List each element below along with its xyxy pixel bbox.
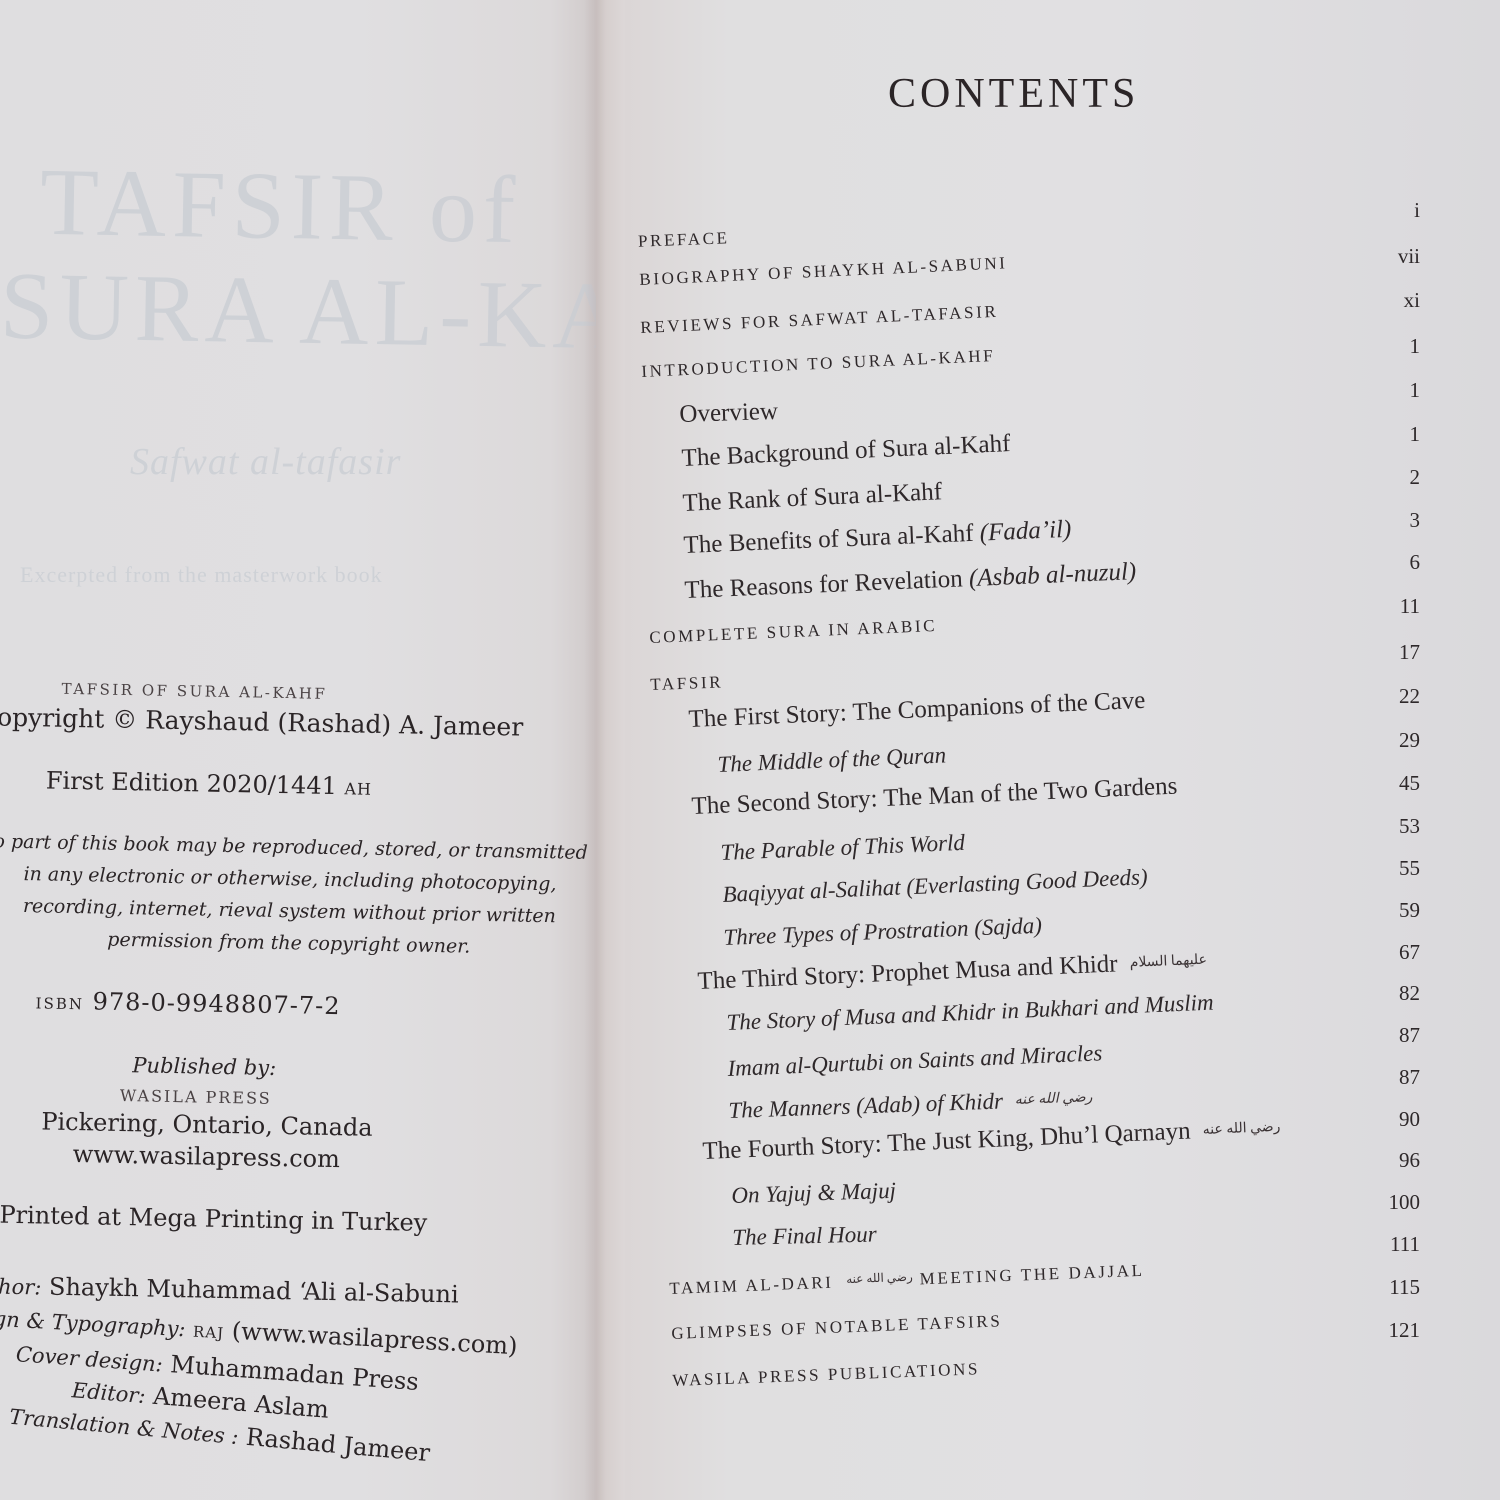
toc-page-number: 87 [1360, 1065, 1420, 1090]
show-through-title-line-2: SURA AL-KA [0, 250, 598, 372]
toc-entry-label-after: MEETING THE DAJJAL [919, 1261, 1145, 1289]
toc-entry-label: The Second Story: The Man of the Two Gar… [691, 773, 1178, 820]
toc-entry-introduction[interactable]: INTRODUCTION TO SURA AL-KAHF [641, 346, 996, 382]
toc-entry-qurtubi[interactable]: Imam al-Qurtubi on Saints and Miracles [727, 1040, 1103, 1082]
isbn-line: ISBN 978-0-9948807-7-2 [35, 986, 340, 1020]
toc-entry-label: The Parable of This World [720, 830, 965, 865]
toc-page-number: 90 [1360, 1107, 1420, 1132]
toc-entry-label: On Yajuj & Majuj [731, 1178, 896, 1208]
toc-entry-parable[interactable]: The Parable of This World [720, 830, 965, 866]
toc-page-number: 96 [1360, 1148, 1420, 1173]
toc-page-number: 1 [1360, 378, 1420, 403]
toc-entry-label: BIOGRAPHY OF SHAYKH AL-SABUNI [639, 253, 1008, 289]
isbn-label: ISBN [35, 994, 84, 1013]
publisher-url: www.wasilapress.com [72, 1140, 340, 1173]
open-book-spread: TAFSIR of SURA AL-KA Safwat al-tafasir E… [0, 0, 1500, 1500]
credits-list: uthor: Shaykh Muhammad ‘Ali al-Sabuni es… [0, 1270, 578, 1439]
toc-page-number: 45 [1360, 771, 1420, 796]
credit-author: uthor: Shaykh Muhammad ‘Ali al-Sabuni [0, 1270, 578, 1313]
toc-entry-complete-sura[interactable]: COMPLETE SURA IN ARABIC [649, 616, 938, 648]
toc-entry-label: The Story of Musa and Khidr in Bukhari a… [726, 990, 1214, 1035]
toc-entry-label: The Third Story: Prophet Musa and Khidr [697, 950, 1118, 995]
toc-entry-preface[interactable]: PREFACE [638, 228, 730, 252]
toc-page-number: 53 [1360, 814, 1420, 839]
credit-name: Shaykh Muhammad ‘Ali al-Sabuni [49, 1273, 459, 1309]
toc-page-number: 55 [1360, 856, 1420, 881]
toc-entry-overview[interactable]: Overview [679, 398, 778, 429]
toc-entry-label: The First Story: The Companions of the C… [688, 687, 1146, 733]
show-through-text: Excerpted from the masterwork book [20, 560, 383, 590]
copyright-page: TAFSIR of SURA AL-KA Safwat al-tafasir E… [0, 0, 598, 1500]
edition-text: First Edition 2020/1441 [46, 766, 338, 800]
show-through-subtitle: Safwat al-tafasir [130, 440, 401, 484]
toc-page-number: 3 [1360, 508, 1420, 533]
honorific-calligraphy-icon: رضي الله عنه [1014, 1089, 1092, 1109]
credit-name-prefix: RAJ [193, 1323, 225, 1343]
isbn-number: 978-0-9948807-7-2 [92, 987, 340, 1020]
show-through-title-line-1: TAFSIR of [39, 146, 522, 265]
toc-entry-label: Imam al-Qurtubi on Saints and Miracles [727, 1040, 1103, 1081]
toc-entry-reasons[interactable]: The Reasons for Revelation (Asbab al-nuz… [684, 558, 1137, 605]
toc-page-number: 67 [1360, 940, 1420, 965]
toc-entry-tafsir[interactable]: TAFSIR [650, 672, 723, 695]
toc-entry-label: Baqiyyat al-Salihat (Everlasting Good De… [722, 864, 1148, 907]
edition-line: First Edition 2020/1441 AH [46, 766, 373, 800]
printer-notice: Printed at Mega Printing in Turkey [0, 1201, 428, 1237]
toc-page-number: 17 [1360, 640, 1420, 665]
credit-role: esign & Typography: [0, 1305, 186, 1341]
toc-page-number: vii [1360, 244, 1420, 269]
toc-entry-rank[interactable]: The Rank of Sura al-Kahf [682, 478, 943, 518]
toc-page-number: i [1360, 198, 1420, 223]
toc-entry-glimpses[interactable]: GLIMPSES OF NOTABLE TAFSIRS [671, 1311, 1003, 1344]
toc-page-number: 82 [1360, 981, 1420, 1006]
colophon-book-title: TAFSIR OF SURA AL-KAHF [61, 680, 327, 703]
toc-entry-yajuj-majuj[interactable]: On Yajuj & Majuj [731, 1178, 896, 1209]
toc-entry-third-story[interactable]: The Third Story: Prophet Musa and Khidr … [697, 947, 1208, 996]
toc-entry-label: The Middle of the Quran [717, 742, 947, 777]
toc-page-number: 115 [1360, 1275, 1420, 1300]
published-by-label: Published by: [132, 1053, 276, 1080]
toc-entry-benefits[interactable]: The Benefits of Sura al-Kahf (Fada’il) [683, 516, 1072, 560]
toc-entry-reviews[interactable]: REVIEWS FOR SAFWAT AL-TAFASIR [640, 302, 999, 338]
toc-entry-tamim-al-dari[interactable]: TAMIM AL-DARI رضي الله عنه MEETING THE D… [669, 1261, 1145, 1299]
toc-entry-label-italic: (Fada’il) [979, 516, 1072, 547]
toc-entry-label: The Manners (Adab) of Khidr [728, 1088, 1003, 1123]
toc-entry-label: TAFSIR [650, 672, 723, 694]
toc-entry-wasila-publications[interactable]: WASILA PRESS PUBLICATIONS [672, 1359, 980, 1391]
toc-entry-label: PREFACE [638, 228, 730, 251]
toc-page-number: 100 [1360, 1190, 1420, 1215]
toc-entry-first-story[interactable]: The First Story: The Companions of the C… [688, 687, 1146, 734]
colophon: TAFSIR OF SURA AL-KAHF opyright © Raysha… [0, 670, 598, 682]
edition-suffix: AH [344, 779, 372, 799]
toc-page-number: 1 [1360, 334, 1420, 359]
toc-page-number: 29 [1360, 728, 1420, 753]
toc-page-number: 121 [1360, 1318, 1420, 1343]
toc-page-number: 111 [1360, 1232, 1420, 1257]
table-of-contents: i vii xi 1 1 1 2 3 6 11 17 22 29 45 53 5… [625, 0, 1500, 1500]
toc-entry-background[interactable]: The Background of Sura al-Kahf [681, 430, 1011, 473]
toc-entry-label: The Rank of Sura al-Kahf [682, 478, 943, 517]
toc-page-number: 2 [1360, 465, 1420, 490]
toc-page-number: 22 [1360, 684, 1420, 709]
copyright-notice: opyright © Rayshaud (Rashad) A. Jameer [0, 703, 523, 742]
toc-entry-final-hour[interactable]: The Final Hour [732, 1221, 877, 1251]
publisher-location: Pickering, Ontario, Canada [41, 1107, 373, 1141]
toc-entry-label: The Fourth Story: The Just King, Dhu’l Q… [702, 1118, 1191, 1165]
toc-entry-label: INTRODUCTION TO SURA AL-KAHF [641, 346, 996, 381]
toc-entry-middle-of-quran[interactable]: The Middle of the Quran [717, 742, 947, 778]
honorific-calligraphy-icon: رضي الله عنه [1202, 1119, 1280, 1139]
legal-notice: o part of this book may be reproduced, s… [0, 825, 591, 964]
contents-page: CONTENTS i vii xi 1 1 1 2 3 6 11 17 22 2… [625, 0, 1500, 1500]
publisher-name: WASILA PRESS [120, 1086, 272, 1108]
toc-entry-label: Overview [679, 398, 778, 428]
toc-entry-label: WASILA PRESS PUBLICATIONS [672, 1359, 980, 1390]
toc-page-number: 1 [1360, 422, 1420, 447]
toc-page-number: xi [1360, 288, 1420, 313]
toc-entry-label: The Reasons for Revelation [684, 565, 963, 604]
credit-role: uthor: [0, 1274, 42, 1299]
credit-name: (www.wasilapress.com) [231, 1317, 518, 1360]
toc-page-number: 59 [1360, 898, 1420, 923]
toc-page-number: 87 [1360, 1023, 1420, 1048]
toc-entry-label-italic: (Asbab al-nuzul) [968, 558, 1136, 592]
toc-entry-label: The Final Hour [732, 1221, 877, 1250]
toc-page-number: 6 [1360, 550, 1420, 575]
honorific-calligraphy-icon: رضي الله عنه [846, 1270, 913, 1288]
toc-entry-label: The Background of Sura al-Kahf [681, 430, 1011, 472]
toc-entry-prostration[interactable]: Three Types of Prostration (Sajda) [723, 913, 1042, 951]
toc-entry-label: REVIEWS FOR SAFWAT AL-TAFASIR [640, 302, 999, 337]
credit-role: Editor: [71, 1378, 146, 1408]
toc-entry-label: The Benefits of Sura al-Kahf [683, 520, 974, 559]
toc-entry-story-bukhari[interactable]: The Story of Musa and Khidr in Bukhari a… [726, 990, 1214, 1036]
toc-entry-label: COMPLETE SURA IN ARABIC [649, 616, 937, 647]
toc-entry-baqiyyat[interactable]: Baqiyyat al-Salihat (Everlasting Good De… [722, 864, 1148, 908]
toc-entry-label: GLIMPSES OF NOTABLE TAFSIRS [671, 1311, 1003, 1343]
toc-entry-manners[interactable]: The Manners (Adab) of Khidr رضي الله عنه [728, 1085, 1093, 1124]
toc-page-number: 11 [1360, 594, 1420, 619]
toc-entry-biography[interactable]: BIOGRAPHY OF SHAYKH AL-SABUNI [639, 253, 1008, 290]
toc-entry-label: TAMIM AL-DARI [669, 1273, 834, 1298]
honorific-calligraphy-icon: عليهما السلام [1129, 952, 1207, 972]
toc-entry-second-story[interactable]: The Second Story: The Man of the Two Gar… [691, 773, 1178, 821]
toc-entry-label: Three Types of Prostration (Sajda) [723, 913, 1042, 950]
